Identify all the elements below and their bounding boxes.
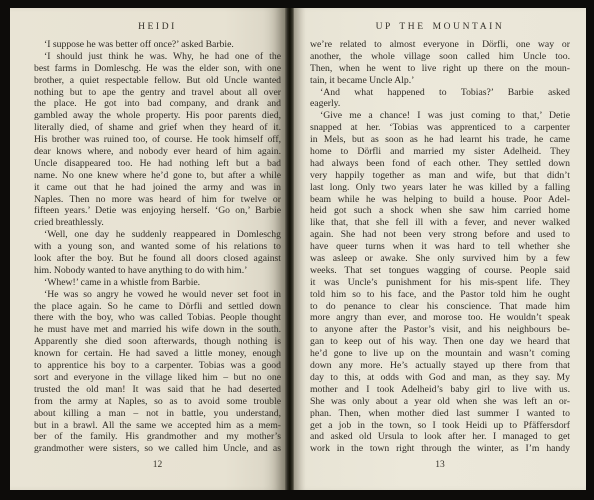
text-line: dear knows where, and nobody ever heard … (34, 146, 281, 158)
text-line: ‘I suppose he was better off once?’ aske… (34, 39, 281, 51)
text-line: She was only about a year old when she w… (310, 396, 570, 408)
text-line: gan to keep out of his way. Then one day… (310, 336, 570, 348)
text-line: His brother was ruined too, of course. H… (34, 134, 281, 146)
text-line: ‘And what happened to Tobias?’ Barbie as… (310, 87, 570, 99)
text-line: sort and everyone in the village liked h… (34, 372, 281, 384)
text-line: him. Nobody wanted to have anything to d… (34, 265, 281, 277)
text-line: down any more. He’s actually stayed up t… (310, 360, 570, 372)
text-line: had always been fond of each other. They… (310, 158, 570, 170)
text-line: it was Uncle’s punishment for his mis-sp… (310, 277, 570, 289)
text-line: it came out that he had joined the army … (34, 182, 281, 194)
text-line: the place again. So he came to Dörfli an… (34, 301, 281, 313)
text-line: nothing but to ape the gentry and travel… (34, 87, 281, 99)
text-line: we’re related to almost everyone in Dörf… (310, 39, 570, 51)
text-line: Then, when he went to live right up ther… (310, 63, 570, 75)
text-line: Apparently she died soon afterwards, tho… (34, 336, 281, 348)
text-line: ‘Well, one day he suddenly reappeared in… (34, 229, 281, 241)
paragraph: ‘He was so angry he vowed he would never… (34, 289, 281, 455)
text-line: was asleep or awake. She only survived h… (310, 253, 570, 265)
text-line: trusted the old man! It was said that he… (34, 384, 281, 396)
text-line: home to Dörfli and married my sister Ade… (310, 146, 570, 158)
text-line: ‘He was so angry he vowed he would never… (34, 289, 281, 301)
text-line: ber of the family. His grandmother and m… (34, 431, 281, 443)
page-body-left: ‘I suppose he was better off once?’ aske… (34, 39, 281, 455)
text-line: day to this, at odds with God and man, a… (310, 372, 570, 384)
text-line: ‘Give me a chance! I was just coming to … (310, 110, 570, 122)
text-line: again. She had not been very strong befo… (310, 229, 570, 241)
text-line: get a job in the town, so I took Heidi u… (310, 420, 570, 432)
paragraph: ‘Give me a chance! I was just coming to … (310, 110, 570, 455)
text-line: last long. Only two years later he was k… (310, 182, 570, 194)
page-body-right: we’re related to almost everyone in Dörf… (310, 39, 570, 455)
text-line: snapped at her. ‘Tobias was apprenticed … (310, 122, 570, 134)
paragraph: ‘Whew!’ came in a whistle from Barbie. (34, 277, 281, 289)
page-right: UP THE MOUNTAIN we’re related to almost … (294, 8, 586, 490)
paragraph: ‘And what happened to Tobias?’ Barbie as… (310, 87, 570, 111)
paragraph: ‘I should just think he was. Why, he had… (34, 51, 281, 229)
text-line: very happily together as man and wife, b… (310, 170, 570, 182)
text-line: cried breathlessly. (34, 217, 281, 229)
page-number-right: 13 (310, 459, 570, 471)
text-line: more angry than ever, and morose too. He… (310, 312, 570, 324)
text-line: known for certain. He had saved a little… (34, 348, 281, 360)
text-line: the place. He got into bad company, and … (34, 98, 281, 110)
text-line: to do penance to clear his conscience. T… (310, 301, 570, 313)
text-line: but in a brawl. All the same we accepted… (34, 420, 281, 432)
text-line: he’d gone to live up on the mountain and… (310, 348, 570, 360)
text-line: beam while he was helping to build a hou… (310, 194, 570, 206)
page-number-left: 12 (34, 459, 281, 471)
text-line: work in the town right through the winte… (310, 443, 570, 455)
text-line: told him so to his face, and the Pastor … (310, 289, 570, 301)
text-line: eagerly. (310, 98, 570, 110)
running-head-left: HEIDI (34, 22, 281, 32)
text-line: heid got such a shock when she saw him c… (310, 205, 570, 217)
text-line: he must have met and married his wife do… (34, 324, 281, 336)
text-line: name. No one knew where he’d gone to, bu… (34, 170, 281, 182)
text-line: grandmother were sisters, so we called h… (34, 443, 281, 455)
text-line: and asked old Ursula to look after her. … (310, 431, 570, 443)
text-line: ‘I should just think he was. Why, he had… (34, 51, 281, 63)
text-line: Uncle disappeared too. He had nothing le… (34, 158, 281, 170)
text-line: fifteen years.’ Detie was enjoying herse… (34, 205, 281, 217)
text-line: from the army at Naples, so as to avoid … (34, 396, 281, 408)
text-line: ‘Whew!’ came in a whistle from Barbie. (34, 277, 281, 289)
paragraph: ‘I suppose he was better off once?’ aske… (34, 39, 281, 51)
text-line: phan. Then, when mother died last summer… (310, 408, 570, 420)
text-line: to apprentice his boy to a carpenter. To… (34, 360, 281, 372)
book-gutter (285, 8, 294, 490)
book-spread: HEIDI ‘I suppose he was better off once?… (0, 0, 594, 500)
text-line: mother and I took Adelheid’s baby girl t… (310, 384, 570, 396)
text-line: with a young son, and wanted some of his… (34, 241, 281, 253)
text-line: another, the whole village soon called h… (310, 51, 570, 63)
text-line: like that, that she fell ill with a feve… (310, 217, 570, 229)
text-line: tain, it became Uncle Alp.’ (310, 75, 570, 87)
text-line: gambled away the whole property. His poo… (34, 110, 281, 122)
text-line: have queer turns when it was hard to tel… (310, 241, 570, 253)
text-line: best farms in Domleschg. He was the elde… (34, 63, 281, 75)
text-line: to anyone after the Pastor’s visit, and … (310, 324, 570, 336)
text-line: brother, a quiet respectable fellow. But… (34, 75, 281, 87)
text-line: weeks. That set tongues wagging of cours… (310, 265, 570, 277)
text-line: about killing a man – not in battle, you… (34, 408, 281, 420)
text-line: literally died, of shame and grief when … (34, 122, 281, 134)
running-head-right: UP THE MOUNTAIN (310, 22, 570, 32)
paragraph: we’re related to almost everyone in Dörf… (310, 39, 570, 87)
text-line: Naples. Then no more was heard of him fo… (34, 194, 281, 206)
text-line: look after the boy. But he found all doo… (34, 253, 281, 265)
page-left: HEIDI ‘I suppose he was better off once?… (10, 8, 285, 490)
text-line: in Mels, but as soon as he had learnt hi… (310, 134, 570, 146)
text-line: there with the boy, who was called Tobia… (34, 312, 281, 324)
paragraph: ‘Well, one day he suddenly reappeared in… (34, 229, 281, 277)
